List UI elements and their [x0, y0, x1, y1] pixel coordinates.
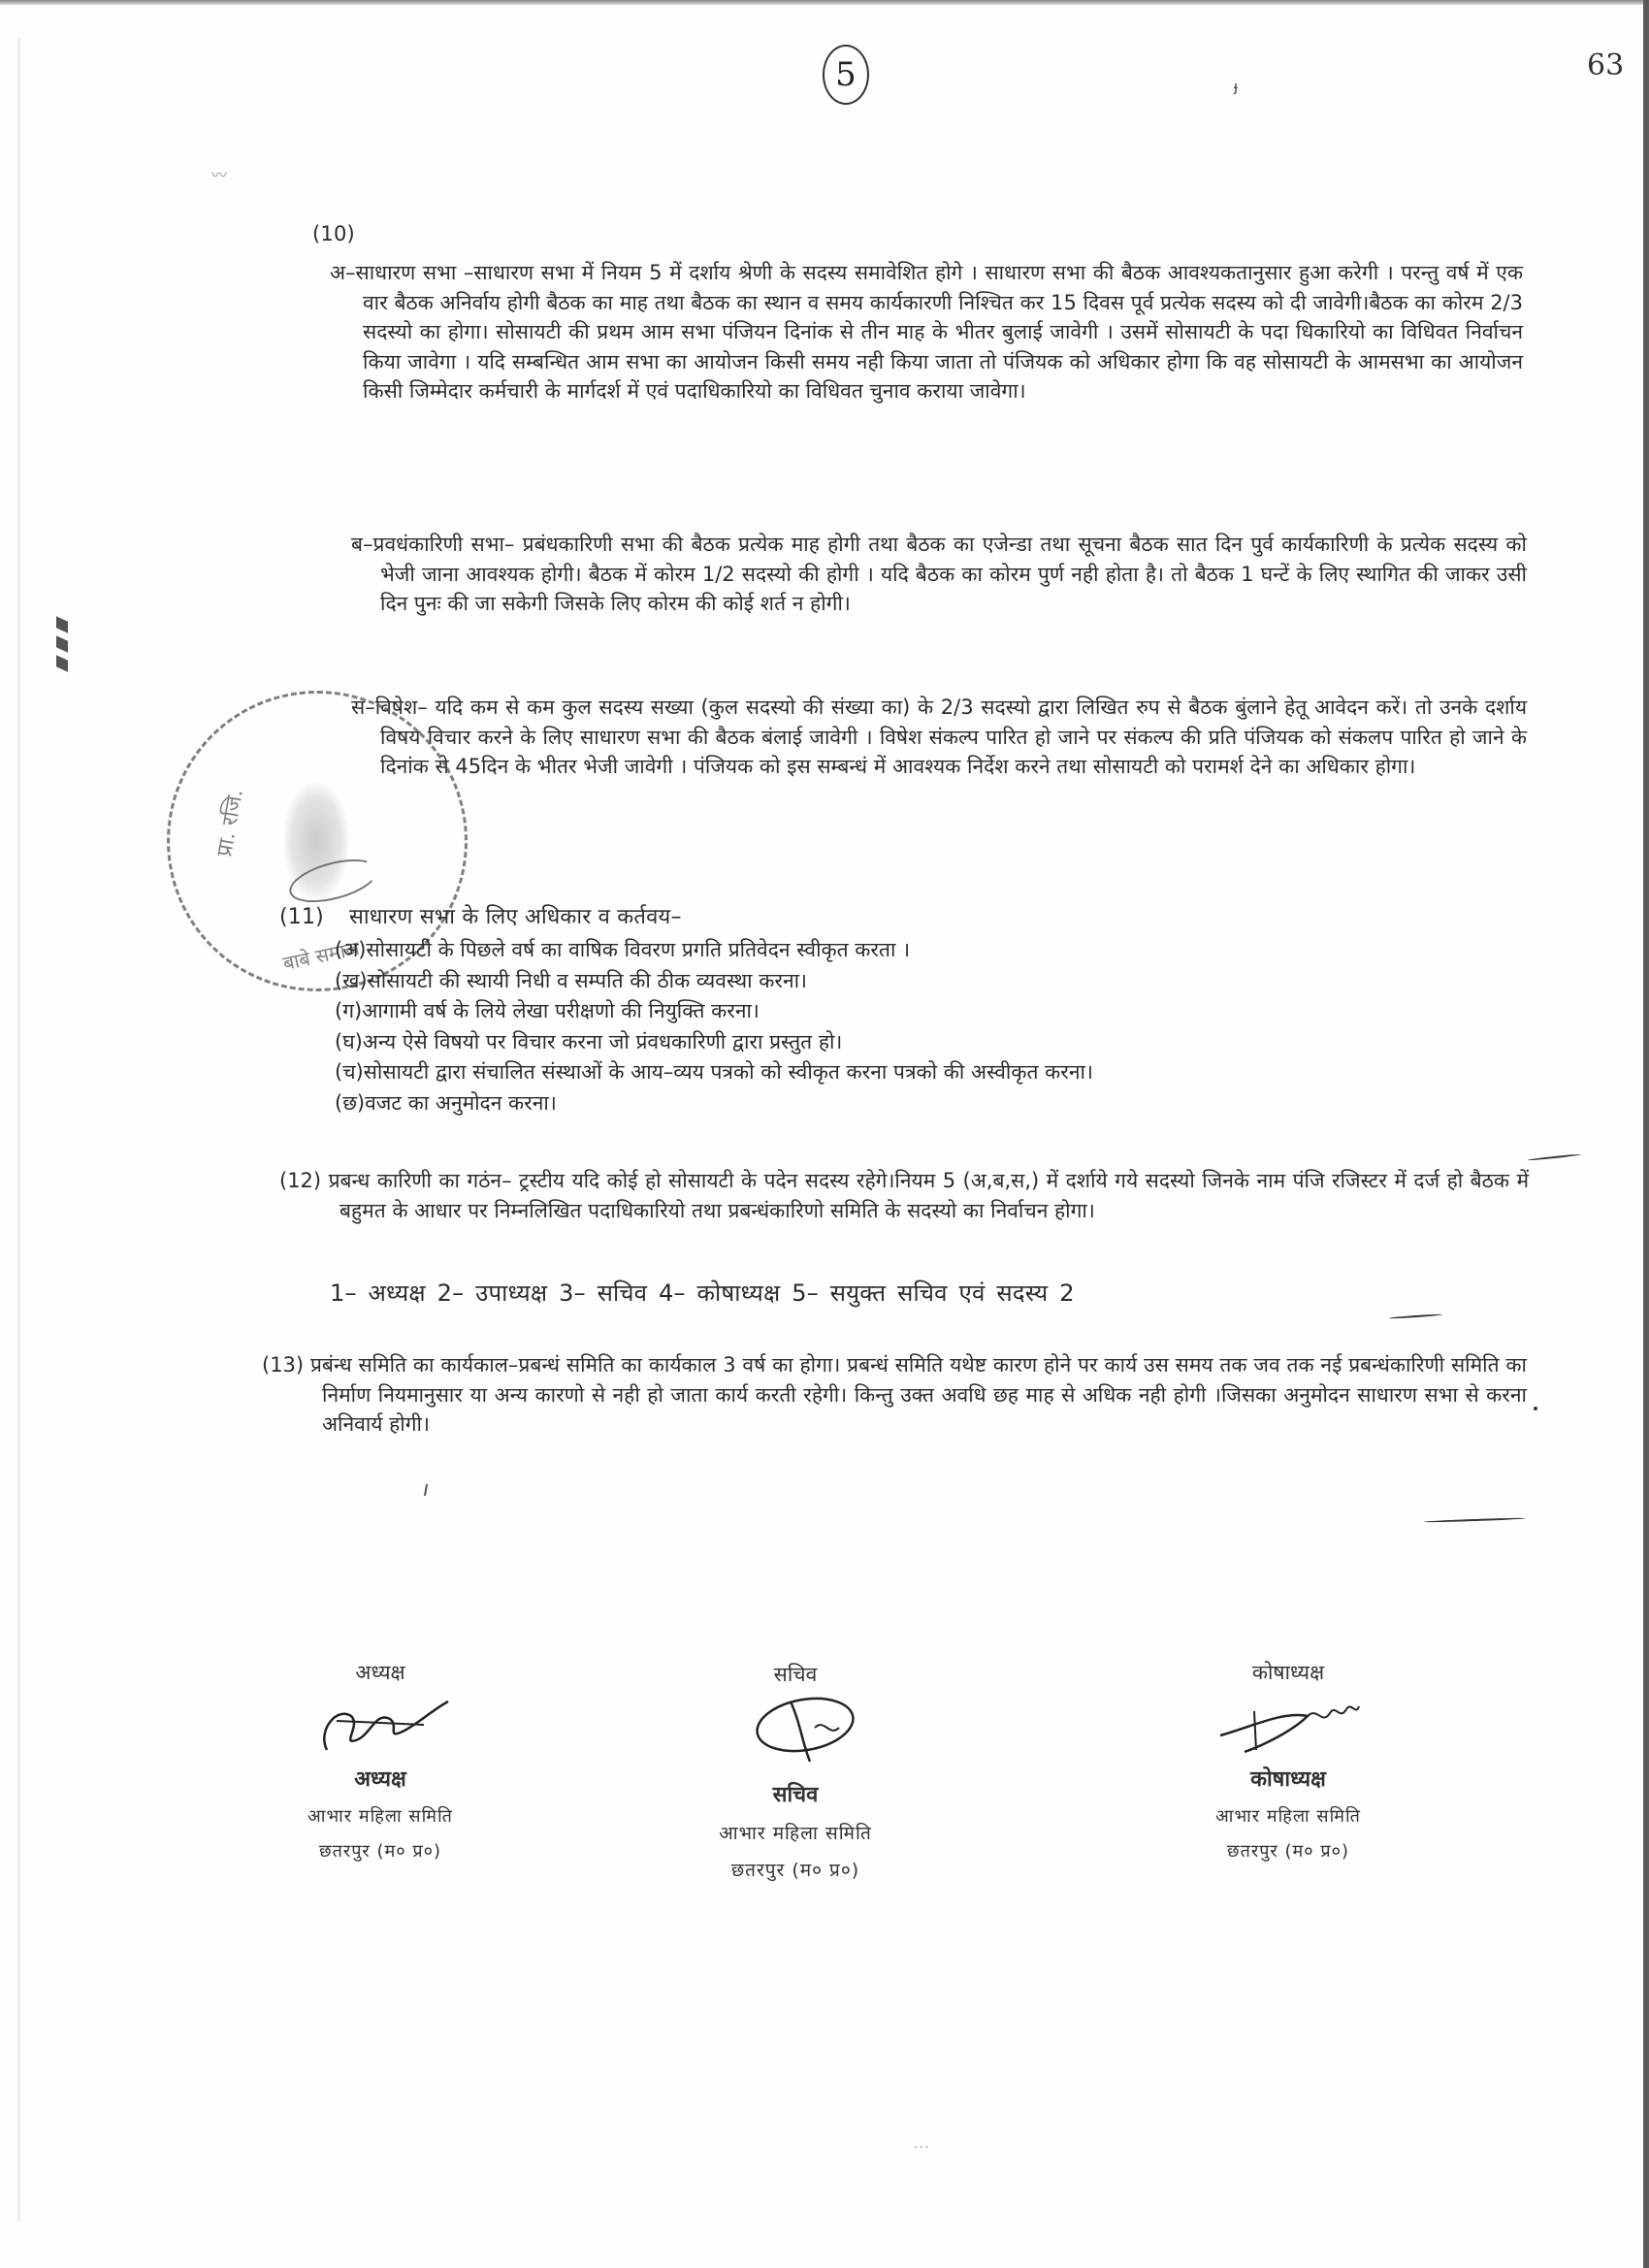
signature-role: कोषाध्यक्ष [1143, 1659, 1434, 1686]
section-10c-text: स–विषेश– यदि कम से कम कुल सदस्य सख्या (क… [351, 693, 1527, 782]
signature-role: अध्यक्ष [254, 1659, 506, 1686]
handwritten-signature-icon [1215, 1692, 1361, 1760]
seal-title: अध्यक्ष [254, 1764, 506, 1793]
section-12-text: (12) प्रबन्ध कारिणी का गठंन– ट्रस्टीय यद… [279, 1166, 1529, 1225]
section-13-text: (13) प्रबंन्ध समिति का कार्यकाल–प्रबन्धं… [262, 1350, 1527, 1440]
scan-edge-top [0, 0, 1649, 5]
seal-org: आभार महिला समिति [254, 1804, 506, 1828]
list-item: (अ)सोसायटी के पिछले वर्ष का वाषिक विवरण … [335, 935, 1093, 966]
handwritten-signature-icon [307, 1692, 453, 1760]
section-10a-general-assembly: अ–साधारण सभा –साधारण सभा में नियम 5 में … [330, 258, 1523, 406]
section-11-heading: (11)साधारण सभा के लिए अधिकार व कर्तवय– [279, 902, 682, 932]
pen-dash [1424, 1517, 1526, 1523]
pen-dot [1534, 1407, 1537, 1410]
signature-secretary: सचिव सचिव आभार महिला समिति छतरपुर (म० प्… [669, 1661, 921, 1882]
seal-org: आभार महिला समिति [669, 1820, 921, 1845]
seal-place: छतरपुर (म० प्र०) [254, 1839, 506, 1863]
seal-title: सचिव [669, 1779, 921, 1808]
pen-mark: ɟ [1234, 80, 1238, 95]
section-12-office-list: 1– अध्यक्ष 2– उपाध्यक्ष 3– सचिव 4– कोषाध… [330, 1279, 1075, 1309]
seal-place: छतरपुर (म० प्र०) [669, 1857, 921, 1882]
pen-tick [424, 1484, 428, 1496]
scan-edge-left [17, 39, 20, 2221]
scan-edge-right [1643, 0, 1649, 2268]
section-13-committee-tenure: (13) प्रबंन्ध समिति का कार्यकाल–प्रबन्धं… [262, 1350, 1527, 1440]
ink-smudge: 〰 [211, 163, 279, 186]
seal-org: आभार महिला समिति [1143, 1804, 1434, 1828]
list-item: (ग)आगामी वर्ष के लिये लेखा परीक्षणो की न… [335, 996, 1093, 1027]
signature-role: सचिव [669, 1661, 921, 1688]
seal-title: कोषाध्यक्ष [1143, 1764, 1434, 1793]
section-10b-text: ब–प्रवधंकारिणी सभा– प्रबंधकारिणी सभा की … [351, 530, 1527, 619]
list-item: (च)सोसायटी द्वारा संचालित संस्थाओं के आय… [335, 1057, 1093, 1088]
seal-place: छतरपुर (म० प्र०) [1143, 1839, 1434, 1863]
section-12-committee-formation: (12) प्रबन्ध कारिणी का गठंन– ट्रस्टीय यद… [279, 1166, 1529, 1225]
list-item: (घ)अन्य ऐसे विषयो पर विचार करना जो प्रंव… [335, 1027, 1093, 1058]
section-10b-managing-committee: ब–प्रवधंकारिणी सभा– प्रबंधकारिणी सभा की … [351, 530, 1527, 619]
document-page: 5 63 ɟ 〰 (10) अ–साधारण सभा –साधारण सभा म… [0, 0, 1649, 2268]
stamp-text-left: प्रा. रजि. [209, 787, 249, 859]
handwritten-signature-icon [723, 1694, 868, 1762]
list-item: (ख)सोसायटी की स्थायी निधी व सम्पति की ठी… [335, 966, 1093, 997]
pen-dash [1528, 1153, 1581, 1161]
footer-dots: ... [914, 2137, 930, 2151]
list-item: (छ)वजट का अनुमोदन करना। [335, 1088, 1093, 1119]
section-11-list: (अ)सोसायटी के पिछले वर्ष का वाषिक विवरण … [335, 935, 1093, 1118]
section-11-number: (11) [279, 902, 349, 932]
pen-dash [1389, 1313, 1442, 1319]
section-10a-text: अ–साधारण सभा –साधारण सभा में नियम 5 में … [330, 258, 1523, 406]
page-number-corner: 63 [1587, 49, 1624, 82]
signature-president: अध्यक्ष अध्यक्ष आभार महिला समिति छतरपुर … [254, 1659, 506, 1863]
margin-punch-marks [56, 611, 76, 689]
section-11-title: साधारण सभा के लिए अधिकार व कर्तवय– [349, 905, 682, 929]
section-10-label: (10) [312, 219, 355, 249]
signature-treasurer: कोषाध्यक्ष कोषाध्यक्ष आभार महिला समिति छ… [1143, 1659, 1434, 1863]
section-10c-special: स–विषेश– यदि कम से कम कुल सदस्य सख्या (क… [351, 693, 1527, 782]
page-number-circled: 5 [823, 45, 869, 105]
